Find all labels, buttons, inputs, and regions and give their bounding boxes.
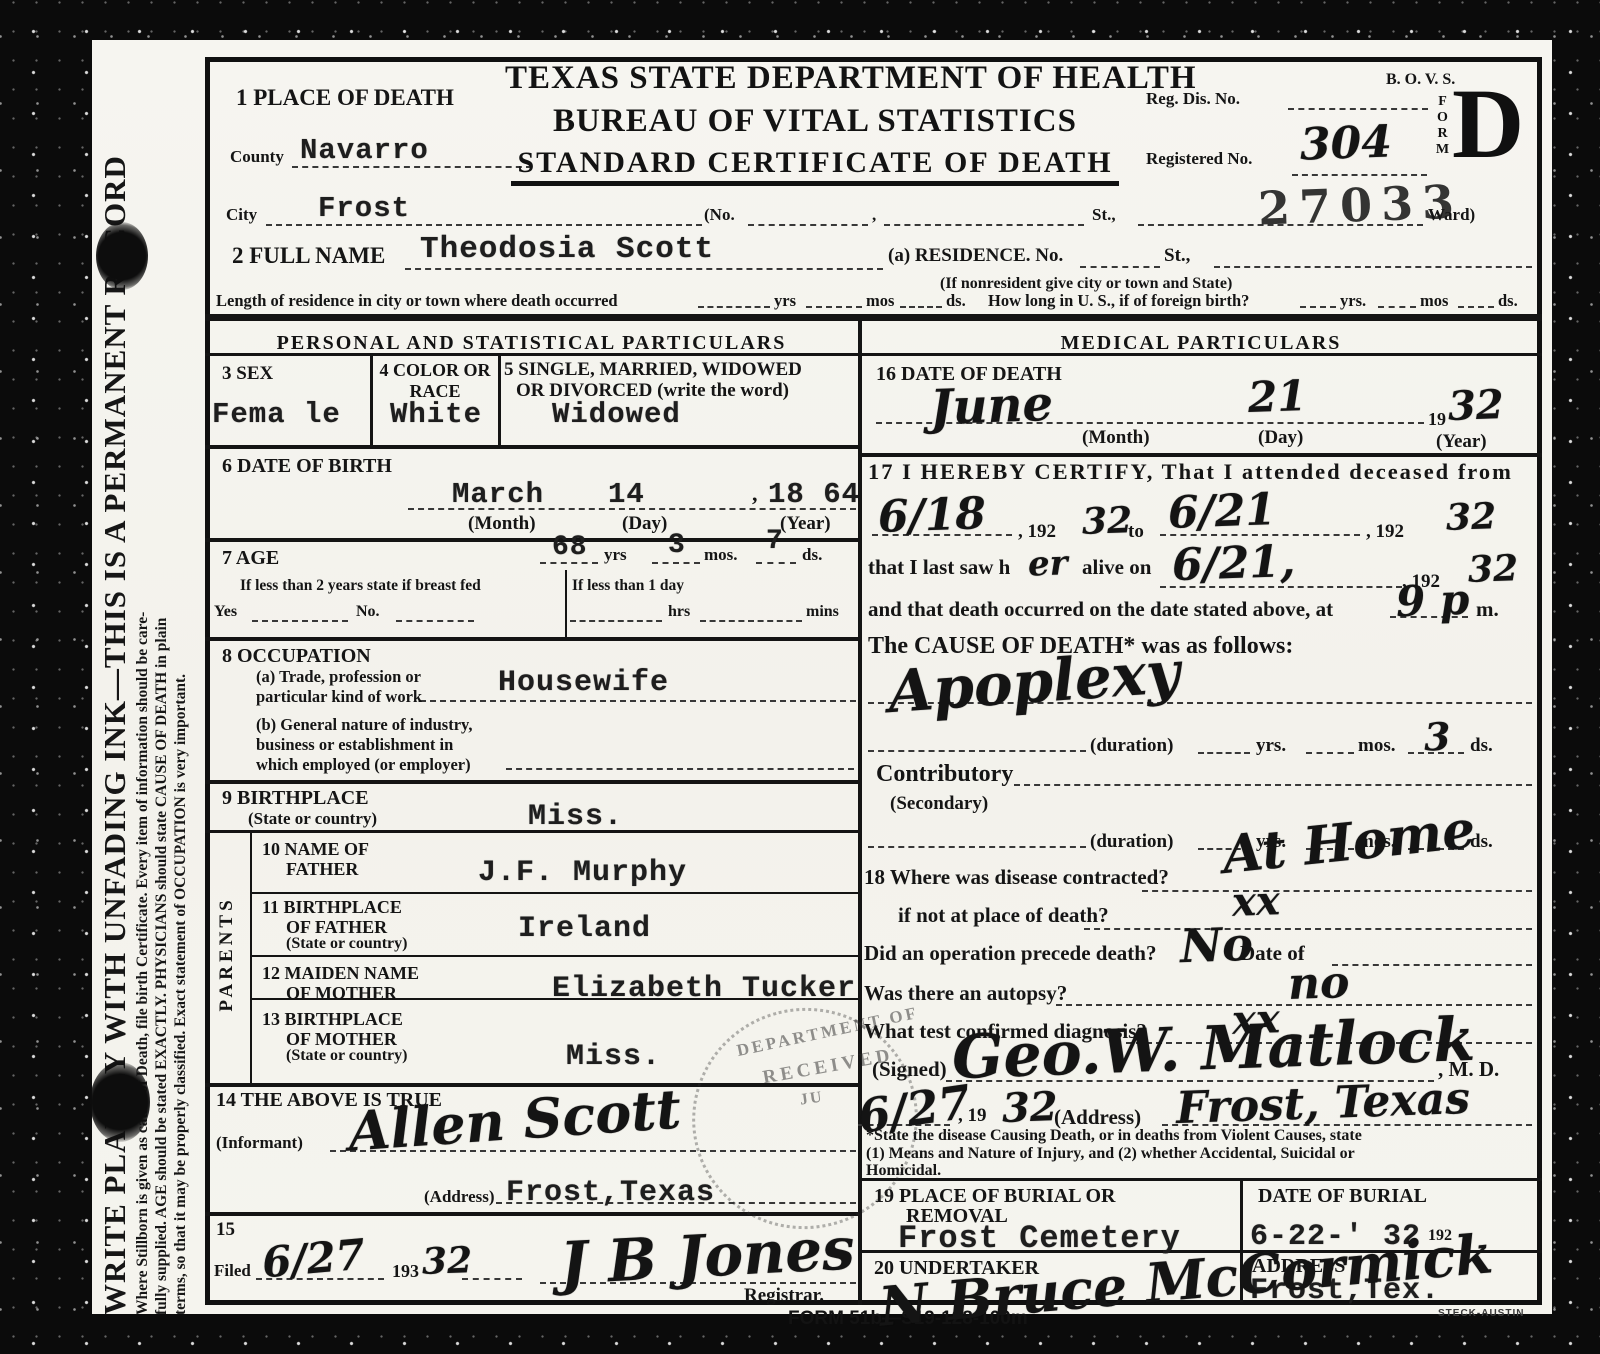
attended-to-year-printed: , 192: [1366, 522, 1404, 542]
contributory-blank: [1014, 784, 1532, 786]
reg-dis-blank: [1288, 108, 1428, 110]
hrs-blank: [570, 620, 662, 622]
city-st-label: St.,: [1092, 206, 1116, 224]
sex-value: Fema le: [212, 398, 341, 431]
q18b-blank: [1084, 928, 1532, 930]
howlong-ds-blank: [1458, 306, 1494, 308]
lessday-note: If less than 1 day: [572, 578, 684, 594]
informant-caption: (Informant): [216, 1134, 303, 1152]
dob-day-value: 14: [608, 478, 645, 511]
rule-burial-top: [862, 1178, 1542, 1181]
length-mos-label: mos: [866, 292, 894, 309]
age-days-value: 7: [766, 526, 784, 557]
informant-address-caption: (Address): [424, 1188, 495, 1206]
attended-from-year-hand: 32: [1081, 499, 1133, 543]
color-value: White: [390, 398, 482, 431]
personal-section-title: PERSONAL AND STATISTICAL PARTICULARS: [205, 332, 858, 355]
lastsaw-text-2: alive on: [1082, 556, 1151, 578]
contributory-label: Contributory: [876, 762, 1013, 787]
father-birthplace-value: Ireland: [518, 912, 651, 946]
city-street-blank: [884, 224, 1084, 226]
cause-duration-days-value: 3: [1423, 714, 1451, 760]
county-value: Navarro: [300, 134, 429, 167]
dod-year-caption: (Year): [1436, 432, 1487, 452]
title-line-3-text: STANDARD CERTIFICATE OF DEATH: [511, 146, 1118, 186]
county-label: County: [230, 148, 284, 166]
residence-no-blank: [1080, 266, 1160, 268]
city-value: Frost: [318, 192, 410, 225]
filed-label: Filed: [214, 1262, 251, 1280]
residence-st-label: St.,: [1164, 246, 1190, 266]
father-bp-label-1: 11 BIRTHPLACE: [262, 898, 402, 917]
length-yrs-blank: [698, 306, 770, 308]
death-certificate-scan: WRITE PLAINLY WITH UNFADING INK—THIS IS …: [0, 0, 1600, 1354]
length-ds-blank: [900, 306, 942, 308]
duration1-yrs-blank: [1198, 752, 1250, 754]
operation-label: Did an operation precede death?: [864, 942, 1156, 964]
rule-age-inner-divider: [565, 570, 567, 637]
occurred-text: and that death occurred on the date stat…: [868, 598, 1333, 620]
mother-birthplace-value: Miss.: [566, 1040, 661, 1074]
registered-no-value: 304: [1299, 116, 1393, 170]
rule-father-bp-bottom: [250, 955, 858, 957]
filed-date-value: 6/27: [260, 1230, 367, 1288]
dod-month-caption: (Month): [1082, 428, 1150, 448]
full-name-value: Theodosia Scott: [420, 232, 714, 267]
breastfed-note: If less than 2 years state if breast fed: [240, 578, 481, 594]
mins-blank: [700, 620, 802, 622]
file-number-stamp: 27033: [1257, 174, 1464, 235]
footnote-line-2: (1) Means and Nature of Injury, and (2) …: [866, 1146, 1355, 1163]
lastsaw-er-hand: er: [1027, 543, 1068, 584]
birthplace-label: 9 BIRTHPLACE: [222, 788, 369, 809]
received-stamp-date-text: JU: [799, 1088, 825, 1109]
occupation-label: 8 OCCUPATION: [222, 646, 371, 667]
howlong-us-label: How long in U. S., if of foreign birth?: [988, 292, 1249, 309]
informant-address-value: Frost,Texas: [506, 1176, 715, 1210]
mother-bp-label-1: 13 BIRTHPLACE: [262, 1010, 403, 1029]
age-years-value: 68: [552, 532, 588, 563]
dod-day-caption: (Day): [1258, 428, 1303, 448]
dob-year-value: 18 64: [768, 478, 860, 511]
lastsaw-date-value: 6/21,: [1171, 536, 1296, 591]
rule-occupation-bottom: [205, 780, 858, 784]
secondary-caption: (Secondary): [890, 794, 988, 814]
age-ds-blank: [756, 562, 796, 564]
dod-month-value: June: [929, 376, 1054, 436]
reg-dis-label: Reg. Dis. No.: [1146, 90, 1240, 108]
city-no-blank: [748, 224, 868, 226]
duration1-ds-label: ds.: [1470, 736, 1493, 756]
mother-label-1: 12 MAIDEN NAME: [262, 964, 419, 983]
attended-from-year-printed: , 192: [1018, 522, 1056, 542]
dob-year-caption: (Year): [780, 514, 831, 534]
residence-st-blank: [1214, 266, 1532, 268]
length-mos-blank: [806, 306, 862, 308]
rule-dod-bottom: [862, 453, 1542, 457]
color-label-1: 4 COLOR OR: [372, 360, 498, 381]
duration1-yrs-label: yrs.: [1256, 736, 1286, 756]
attended-from-value: 6/18: [877, 488, 987, 543]
death-time-value: 9 p: [1395, 575, 1470, 627]
rule-header-bottom: [205, 314, 1542, 321]
punch-hole-top: [96, 222, 148, 290]
occupation-b-label-1: (b) General nature of industry,: [256, 716, 473, 733]
bovs-label: B. O. V. S.: [1386, 72, 1455, 89]
title-line-1: TEXAS STATE DEPARTMENT OF HEALTH: [505, 60, 1125, 97]
howlong-yrs-blank: [1300, 306, 1336, 308]
occupation-b-label-3: which employed (or employer): [256, 756, 471, 773]
age-ds-label: ds.: [802, 546, 822, 564]
mother-bp-caption: (State or country): [286, 1048, 407, 1065]
age-label: 7 AGE: [222, 548, 279, 569]
rule-sex-row-bottom: [205, 445, 858, 449]
dob-comma: ,: [752, 482, 758, 505]
q18b-label: if not at place of death?: [898, 904, 1109, 926]
occupation-a-label-2: particular kind of work: [256, 688, 422, 705]
sidebar-note-line3: terms, so that it may be properly classi…: [171, 75, 190, 1315]
title-line-2: BUREAU OF VITAL STATISTICS: [505, 103, 1125, 140]
full-name-blank: [405, 268, 883, 270]
dob-month-caption: (Month): [468, 514, 536, 534]
occupation-a-label-1: (a) Trade, profession or: [256, 668, 421, 685]
howlong-ds-label: ds.: [1498, 292, 1518, 309]
age-mos-blank: [652, 562, 700, 564]
dod-day-value: 21: [1247, 371, 1307, 422]
section-2-full-name: 2 FULL NAME: [232, 244, 385, 268]
breastfed-no-blank: [396, 620, 474, 622]
duration1-mos-blank: [1306, 752, 1354, 754]
dob-day-caption: (Day): [622, 514, 667, 534]
autopsy-label: Was there an autopsy?: [864, 982, 1067, 1004]
parents-vertical-label: PARENTS: [216, 874, 238, 1034]
occupation-b-label-2: business or establishment in: [256, 736, 453, 753]
city-label: City: [226, 206, 257, 224]
filed-year-printed: 193: [392, 1262, 419, 1281]
lastsaw-year-hand: 32: [1467, 547, 1519, 591]
hrs-label: hrs: [668, 604, 690, 621]
duration2-caption: (duration): [1090, 832, 1173, 852]
signed-year-hand: 32: [1001, 1083, 1058, 1132]
medical-section-title: MEDICAL PARTICULARS: [862, 332, 1540, 355]
length-ds-label: ds.: [946, 292, 966, 309]
operation-answer-value: No: [1179, 917, 1254, 974]
marital-value: Widowed: [552, 398, 681, 431]
registered-no-label: Registered No.: [1146, 150, 1252, 168]
attended-to-value: 6/21: [1167, 484, 1277, 539]
q18-label: 18 Where was disease contracted?: [864, 866, 1169, 888]
certify-text: 17 I HEREBY CERTIFY, That I attended dec…: [868, 460, 1513, 484]
form-letter-d: D: [1452, 66, 1524, 181]
burial-date-label: DATE OF BURIAL: [1258, 1186, 1427, 1207]
filed-year-hand: 32: [421, 1239, 473, 1283]
breastfed-yes-label: Yes: [214, 604, 237, 621]
title-line-3: STANDARD CERTIFICATE OF DEATH: [505, 146, 1125, 180]
age-months-value: 3: [668, 530, 686, 561]
sidebar-note-line2: fully supplied. AGE should be stated EXA…: [152, 75, 171, 1315]
autopsy-answer-value: no: [1287, 957, 1350, 1010]
sex-label: 3 SEX: [222, 364, 273, 384]
signed-address-value: Frost, Texas: [1175, 1073, 1471, 1134]
birthplace-caption: (State or country): [248, 810, 377, 828]
operation-date-blank: [1332, 964, 1532, 966]
length-residence-label: Length of residence in city or town wher…: [216, 292, 618, 309]
mother-name-value: Elizabeth Tucker: [552, 972, 856, 1006]
dod-year-hand: 32: [1447, 381, 1504, 430]
age-yrs-label: yrs: [604, 546, 627, 564]
rule-age-bottom: [205, 637, 858, 641]
rule-color-marital-divider: [498, 353, 501, 445]
section-1-place-of-death: 1 PLACE OF DEATH: [236, 86, 454, 110]
duration1-lead-blank: [868, 750, 1086, 752]
howlong-mos-label: mos: [1420, 292, 1448, 309]
attended-to-year-hand: 32: [1445, 495, 1497, 539]
rule-father-bottom: [250, 892, 858, 894]
howlong-yrs-label: yrs.: [1340, 292, 1366, 309]
breastfed-no-label: No.: [356, 604, 380, 621]
father-name-value: J.F. Murphy: [478, 856, 687, 890]
breastfed-yes-blank: [252, 620, 348, 622]
punch-hole-bottom: [90, 1062, 150, 1142]
mins-label: mins: [806, 604, 839, 621]
mother-label-2: OF MOTHER: [286, 984, 397, 1003]
registrar-caption: Registrar.: [744, 1286, 824, 1306]
dob-month-value: March: [452, 478, 544, 511]
age-mos-label: mos.: [704, 546, 738, 564]
occupation-value: Housewife: [498, 666, 669, 700]
birthplace-value: Miss.: [528, 800, 623, 834]
length-yrs-label: yrs: [774, 292, 796, 309]
signed-address-caption: (Address): [1054, 1106, 1141, 1128]
occupation-b-blank: [506, 768, 854, 770]
duration1-mos-label: mos.: [1358, 736, 1395, 756]
lastsaw-text-1: that I last saw h: [868, 556, 1010, 578]
father-label-1: 10 NAME OF: [262, 840, 369, 859]
printer-mark: STECK-AUSTIN: [1438, 1308, 1524, 1319]
city-no-label: (No.: [704, 206, 735, 224]
marital-label-1: 5 SINGLE, MARRIED, WIDOWED: [504, 360, 802, 380]
rule-dob-bottom: [205, 538, 858, 542]
m-label: m.: [1476, 598, 1499, 620]
q18-blank: [1142, 890, 1532, 892]
residence-label: (a) RESIDENCE. No.: [888, 246, 1063, 266]
form-word-vertical: FORM: [1434, 94, 1450, 158]
item-15-label: 15: [216, 1220, 235, 1240]
father-bp-caption: (State or country): [286, 936, 407, 953]
dod-year-printed: 19: [1428, 410, 1446, 429]
occupation-a-blank: [420, 700, 856, 702]
city-comma: ,: [872, 206, 876, 224]
burial-label-1: 19 PLACE OF BURIAL OR: [874, 1186, 1116, 1207]
howlong-mos-blank: [1378, 306, 1416, 308]
father-label-2: FATHER: [286, 860, 358, 879]
dob-label: 6 DATE OF BIRTH: [222, 456, 392, 477]
duration1-caption: (duration): [1090, 736, 1173, 756]
duration2-lead-blank: [868, 846, 1086, 848]
